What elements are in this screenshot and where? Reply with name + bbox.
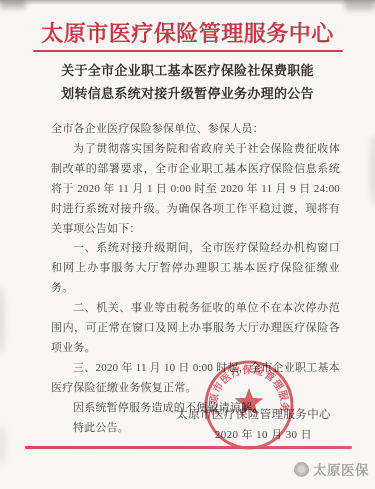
document-title-line1: 关于全市企业职工基本医疗保险社保费职能	[0, 59, 375, 82]
body-paragraph-4: 三、2020 年 11 月 10 日 0:00 时起，全市企业职工基本医疗保险征…	[51, 359, 340, 399]
letterhead-org-name: 太原市医疗保险管理服务中心	[0, 17, 375, 48]
watermark-text: 太原医保	[313, 459, 369, 479]
scan-artifact-smudge	[370, 135, 375, 205]
body-paragraph-3: 二、机关、事业等由税务征收的单位不在本次停办范围内，可正常在窗口及网上办事服务大…	[51, 299, 340, 359]
letterhead-rule	[33, 50, 343, 52]
watermark: 太原医保	[294, 459, 369, 479]
document-body: 全市各企业医疗保险参保单位、参保人员： 为了贯彻落实国务院和省政府关于社会保险费…	[51, 120, 340, 439]
document-title: 关于全市企业职工基本医疗保险社保费职能 划转信息系统对接升级暂停业务办理的公告	[0, 59, 375, 105]
scan-artifact-smudge	[0, 285, 5, 355]
body-paragraph-1: 为了贯彻落实国务院和省政府关于社会保险费征收体制改革的部署要求，全市企业职工基本…	[51, 140, 340, 240]
official-seal: 太原市医疗保险管理服务中心	[202, 358, 296, 452]
salutation: 全市各企业医疗保险参保单位、参保人员：	[51, 120, 340, 140]
footer-rule	[25, 446, 352, 449]
seal-star-icon	[235, 388, 264, 415]
scanned-notice-page: 太原市医疗保险管理服务中心 关于全市企业职工基本医疗保险社保费职能 划转信息系统…	[0, 0, 375, 489]
document-title-line2: 划转信息系统对接升级暂停业务办理的公告	[0, 82, 375, 105]
body-paragraph-2: 一、系统对接升级期间，全市医疗保险经办机构窗口和网上办事服务大厅暂停办理职工基本…	[51, 239, 340, 299]
scan-artifact-smudge	[0, 425, 6, 465]
scan-artifact-top-edge	[0, 0, 375, 5]
watermark-logo-icon	[294, 462, 309, 477]
